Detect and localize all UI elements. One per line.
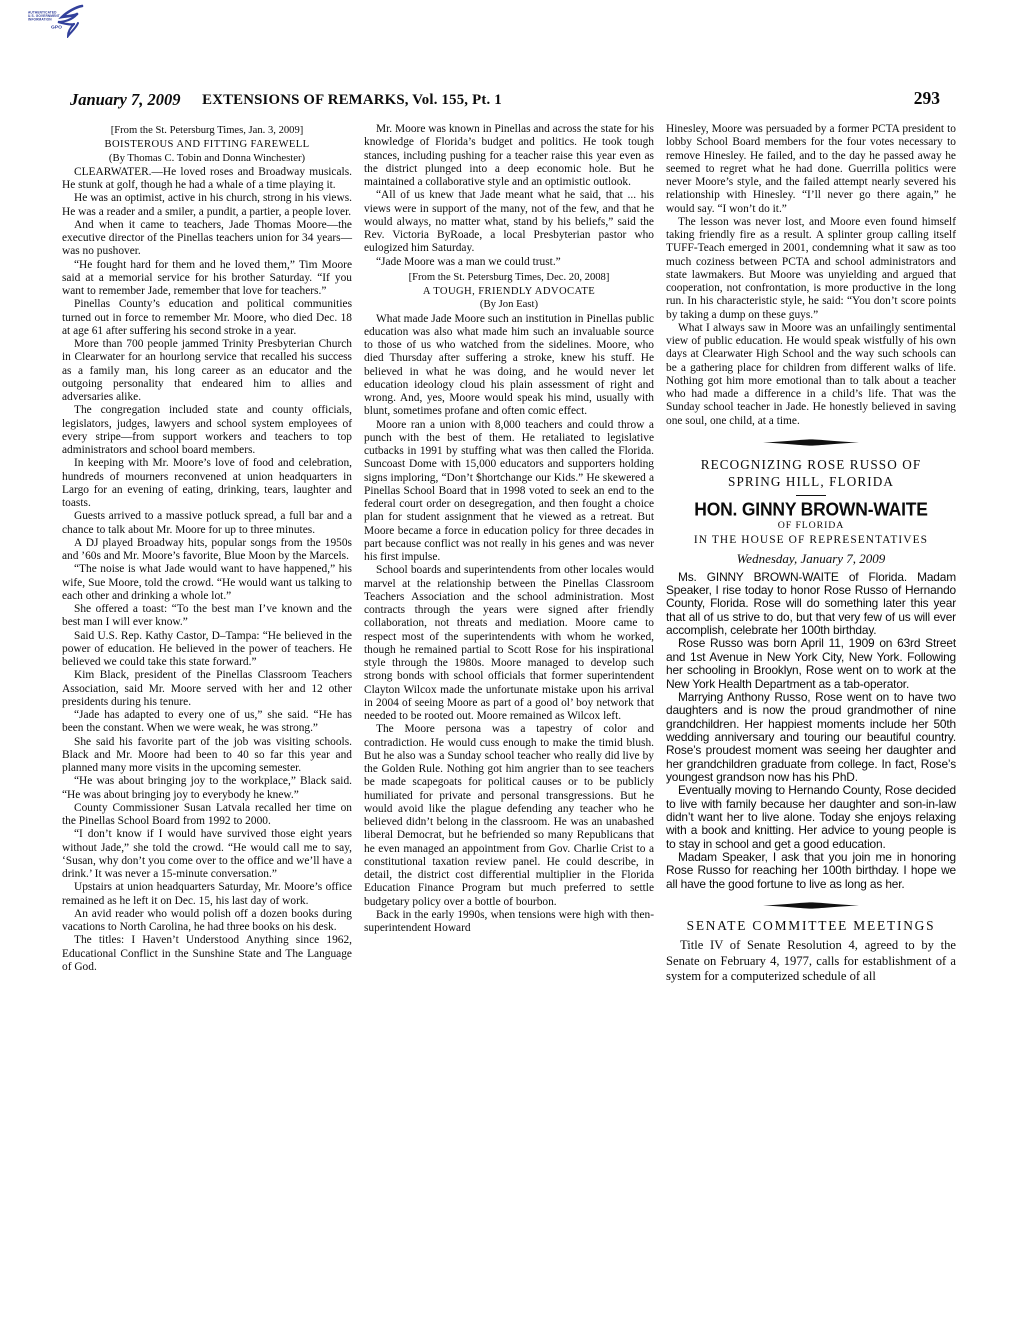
article-source: [From the St. Petersburg Times, Jan. 3, … xyxy=(62,124,352,137)
paragraph: In keeping with Mr. Moore’s love of food… xyxy=(62,457,352,510)
paragraph: Moore ran a union with 8,000 teachers an… xyxy=(364,419,654,565)
paragraph: “Jade has adapted to every one of us,” s… xyxy=(62,709,352,736)
section-divider xyxy=(666,439,956,446)
paragraph: “He fought hard for them and he loved th… xyxy=(62,259,352,299)
paragraph: “He was about bringing joy to the workpl… xyxy=(62,775,352,802)
column-1: [From the St. Petersburg Times, Jan. 3, … xyxy=(62,123,352,985)
paragraph: He was an optimist, active in his church… xyxy=(62,192,352,219)
paragraph: What I always saw in Moore was an unfail… xyxy=(666,322,956,428)
paragraph: CLEARWATER.—He loved roses and Broadway … xyxy=(62,166,352,193)
paragraph: “Jade Moore was a man we could trust.” xyxy=(364,256,654,269)
paragraph: Said U.S. Rep. Kathy Castor, D–Tampa: “H… xyxy=(62,630,352,670)
paragraph: She offered a toast: “To the best man I’… xyxy=(62,603,352,630)
paragraph: She said his favorite part of the job wa… xyxy=(62,736,352,776)
article-byline: (By Thomas C. Tobin and Donna Winchester… xyxy=(62,152,352,165)
swelled-rule-icon xyxy=(763,902,859,909)
chamber-heading: IN THE HOUSE OF REPRESENTATIVES xyxy=(666,534,956,547)
article-source: [From the St. Petersburg Times, Dec. 20,… xyxy=(364,271,654,284)
paragraph: An avid reader who would polish off a do… xyxy=(62,908,352,935)
paragraph: The lesson was never lost, and Moore eve… xyxy=(666,216,956,322)
speech-paragraph: Ms. GINNY BROWN-WAITE of Florida. Madam … xyxy=(666,571,956,638)
paragraph: “All of us knew that Jade meant what he … xyxy=(364,189,654,255)
paragraph: “The noise is what Jade would want to ha… xyxy=(62,563,352,603)
paragraph: Mr. Moore was known in Pinellas and acro… xyxy=(364,123,654,189)
paragraph-continued: Hinesley, Moore was persuaded by a forme… xyxy=(666,123,956,216)
notice-paragraph: Title IV of Senate Resolution 4, agreed … xyxy=(666,938,956,985)
paragraph: And when it came to teachers, Jade Thoma… xyxy=(62,219,352,259)
paragraph: What made Jade Moore such an institution… xyxy=(364,313,654,419)
extension-title: RECOGNIZING ROSE RUSSO OF SPRING HILL, F… xyxy=(688,456,934,490)
congressional-record-page: AUTHENTICATED U.S. GOVERNMENT INFORMATIO… xyxy=(0,0,1020,1320)
member-state-heading: OF FLORIDA xyxy=(666,519,956,532)
page-number: 293 xyxy=(914,88,940,109)
session-date: Wednesday, January 7, 2009 xyxy=(666,552,956,565)
paragraph: The titles: I Haven’t Understood Anythin… xyxy=(62,934,352,974)
paragraph: Pinellas County’s education and politica… xyxy=(62,298,352,338)
gpo-authentication-logo: AUTHENTICATED U.S. GOVERNMENT INFORMATIO… xyxy=(28,4,88,38)
section-divider xyxy=(666,902,956,909)
paragraph: “I don’t know if I would have survived t… xyxy=(62,828,352,881)
running-head: January 7, 2009 EXTENSIONS OF REMARKS, V… xyxy=(62,88,958,116)
article-byline: (By Jon East) xyxy=(364,298,654,311)
speech-paragraph: Rose Russo was born April 11, 1909 on 63… xyxy=(666,637,956,690)
speech-paragraph: Madam Speaker, I ask that you join me in… xyxy=(666,851,956,891)
speech-paragraph: Marrying Anthony Russo, Rose went on to … xyxy=(666,691,956,784)
paragraph: A DJ played Broadway hits, popular songs… xyxy=(62,537,352,564)
paragraph: More than 700 people jammed Trinity Pres… xyxy=(62,338,352,404)
text-columns: [From the St. Petersburg Times, Jan. 3, … xyxy=(62,123,958,985)
paragraph: Kim Black, president of the Pinellas Cla… xyxy=(62,669,352,709)
paragraph: Guests arrived to a massive potluck spre… xyxy=(62,510,352,537)
gpo-eagle-swoosh-icon xyxy=(52,4,86,38)
journal-title: EXTENSIONS OF REMARKS, Vol. 155, Pt. 1 xyxy=(62,92,642,109)
section-heading: SENATE COMMITTEE MEETINGS xyxy=(666,919,956,932)
member-name-heading: HON. GINNY BROWN-WAITE xyxy=(666,502,956,516)
paragraph: School boards and superintendents from o… xyxy=(364,564,654,723)
swelled-rule-icon xyxy=(763,439,859,446)
article-title: BOISTEROUS AND FITTING FAREWELL xyxy=(62,138,352,151)
paragraph: The Moore persona was a tapestry of colo… xyxy=(364,723,654,909)
speech-paragraph: Eventually moving to Hernando County, Ro… xyxy=(666,784,956,851)
paragraph: Upstairs at union headquarters Saturday,… xyxy=(62,881,352,908)
article-title: A TOUGH, FRIENDLY ADVOCATE xyxy=(364,285,654,298)
paragraph: Back in the early 1990s, when tensions w… xyxy=(364,909,654,936)
column-2: Mr. Moore was known in Pinellas and acro… xyxy=(364,123,654,985)
column-3: Hinesley, Moore was persuaded by a forme… xyxy=(666,123,956,985)
heading-rule xyxy=(796,495,826,496)
paragraph: The congregation included state and coun… xyxy=(62,404,352,457)
paragraph: County Commissioner Susan Latvala recall… xyxy=(62,802,352,829)
